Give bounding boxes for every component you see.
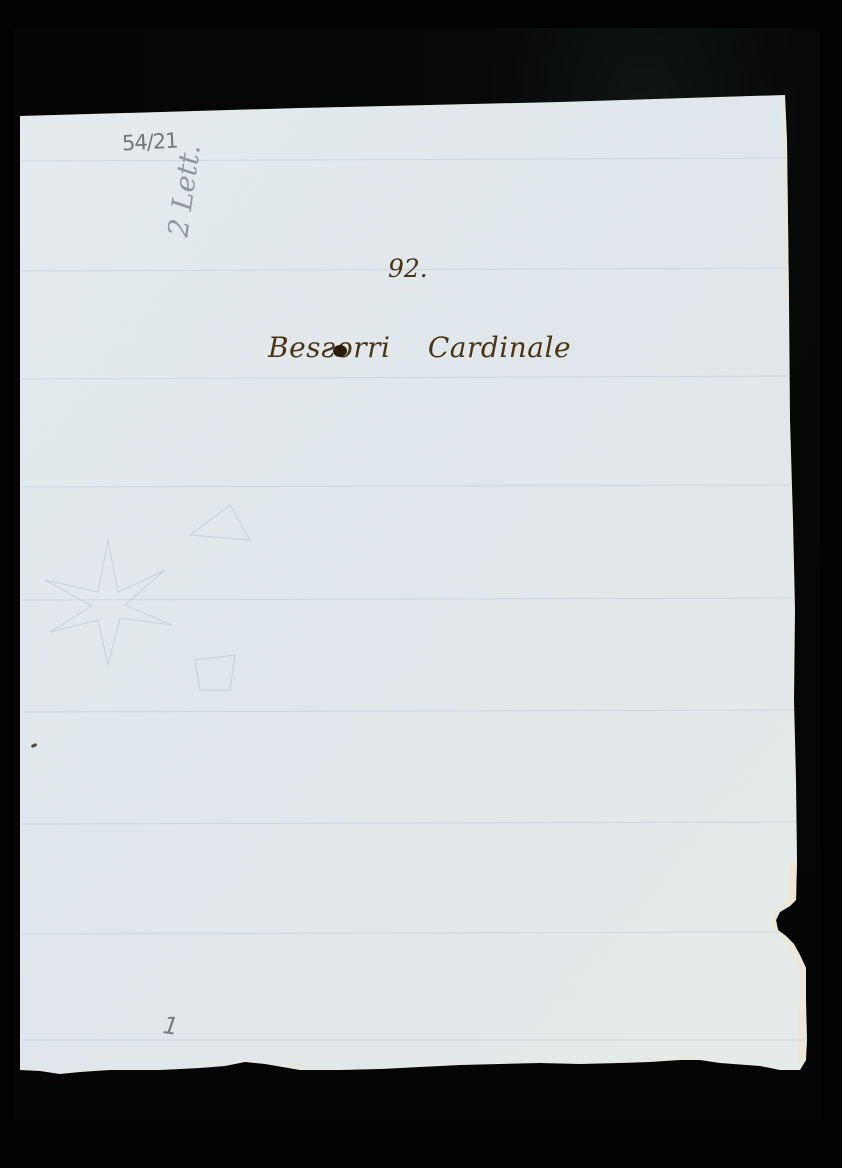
paper-leaf: [0, 0, 842, 1168]
ink-blot: [333, 345, 347, 357]
title-rank: Cardinale: [428, 331, 571, 364]
title-name: Besƨorri: [268, 331, 390, 364]
document-title: Besƨorri Cardinale: [268, 331, 599, 364]
archive-number: 54/21: [121, 129, 178, 156]
scan-canvas: 54/21 2 Lett. 92. Besƨorri Cardinale 1: [0, 0, 842, 1168]
folio-number: 92.: [388, 254, 428, 283]
